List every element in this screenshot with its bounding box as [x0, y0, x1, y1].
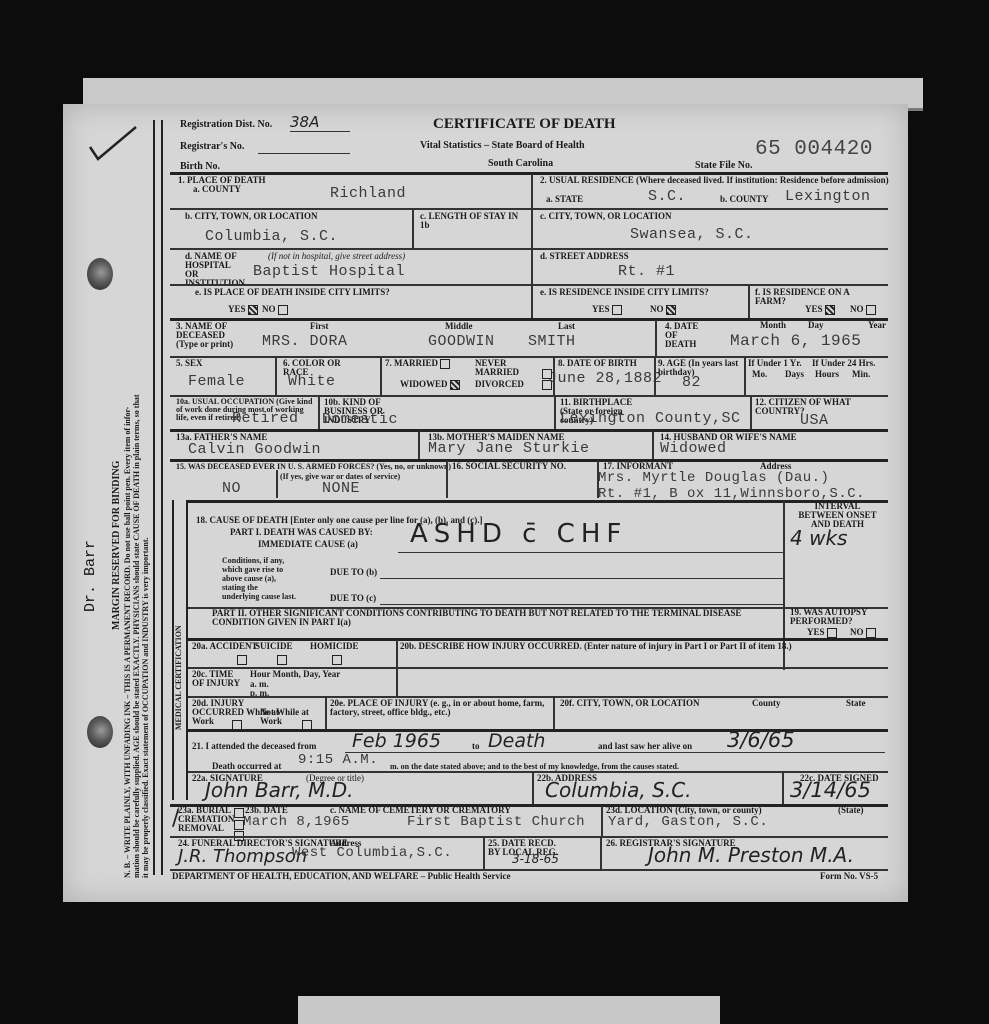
farm-no[interactable]: NO	[850, 305, 878, 315]
checkbox-checked[interactable]	[666, 305, 676, 315]
funeral-director-signature: J.R. Thompson	[178, 846, 307, 867]
divider	[398, 552, 783, 553]
occupation-value: Retired	[232, 410, 299, 427]
under-1-label: If Under 1 Yr.	[748, 359, 802, 368]
name-label: 3. NAME OF DECEASED (Type or print)	[176, 322, 246, 349]
inside-city-label: e. IS PLACE OF DEATH INSIDE CITY LIMITS?	[195, 288, 390, 297]
injury-city-label: 20f. CITY, TOWN, OR LOCATION	[560, 699, 699, 708]
hospital-name: Baptist Hospital	[253, 263, 405, 280]
injury-description-label: 20b. DESCRIBE HOW INJURY OCCURRED. (Ente…	[400, 642, 792, 651]
binding-hole-bottom	[87, 716, 113, 748]
date-of-death: March 6, 1965	[730, 332, 861, 350]
divider	[170, 248, 888, 250]
mother-name: Mary Jane Sturkie	[428, 440, 590, 457]
time-columns: Hour Month, Day, Year	[250, 670, 340, 679]
injury-county-label: County	[752, 699, 781, 708]
married-option[interactable]: 7. MARRIED	[385, 359, 452, 369]
burial-location: Yard, Gaston, S.C.	[608, 814, 768, 830]
residence-inside-city-label: e. IS RESIDENCE INSIDE CITY LIMITS?	[540, 288, 720, 297]
death-inside-city-yes[interactable]: YES	[228, 305, 260, 315]
checkbox[interactable]	[278, 305, 288, 315]
divider	[750, 396, 752, 429]
burial-label: 23a. BURIAL CREMATION REMOVAL	[178, 806, 238, 833]
state-file-number: 65 004420	[755, 138, 873, 161]
burial-state-label: (State)	[838, 806, 864, 815]
burial-date: March 8,1965	[243, 814, 350, 830]
divider	[652, 431, 654, 459]
month-label: Month	[760, 321, 786, 330]
autopsy-yes[interactable]: YES	[807, 628, 839, 638]
divider	[748, 285, 750, 320]
checkbox-checked[interactable]	[825, 305, 835, 315]
place-of-injury-label: 20e. PLACE OF INJURY (e. g., in or about…	[330, 699, 550, 717]
checkbox[interactable]	[440, 359, 450, 369]
state-file-label: State File No.	[695, 161, 753, 170]
checkbox-checked[interactable]	[450, 380, 460, 390]
attended-label: 21. I attended the deceased from	[192, 742, 316, 751]
armed-forces-label: 15. WAS DECEASED EVER IN U. S. ARMED FOR…	[176, 462, 456, 471]
age-value: 82	[682, 374, 701, 391]
business-value: Domestic	[322, 411, 398, 428]
accident-label: 20a. ACCIDENT	[192, 642, 258, 651]
residence-city: Swansea, S.C.	[630, 226, 754, 243]
death-inside-city-no[interactable]: NO	[262, 305, 290, 315]
divider	[380, 357, 382, 395]
margin-instructions-3: it may be properly classified. Exact sta…	[142, 537, 150, 878]
street-label: d. STREET ADDRESS	[540, 252, 629, 261]
spouse-name: Widowed	[660, 440, 727, 457]
residence-inside-city-yes[interactable]: YES	[592, 305, 624, 315]
homicide-label: HOMICIDE	[310, 642, 359, 651]
funeral-director-address: West Columbia,S.C.	[292, 845, 452, 861]
divider	[654, 357, 656, 395]
attended-to-label: to	[472, 742, 480, 751]
divider	[345, 752, 885, 753]
margin-instructions-2: mation should be carefully supplied. AGE…	[133, 394, 141, 878]
injury-state-label: State	[846, 699, 866, 708]
registration-dist-value: 38A	[290, 113, 350, 132]
divider	[318, 396, 320, 429]
divider	[483, 837, 485, 869]
last-name: SMITH	[528, 333, 576, 350]
middle-name: GOODWIN	[428, 333, 495, 350]
last-saw-date: 3/6/65	[727, 728, 795, 752]
cemetery-name: First Baptist Church	[407, 814, 585, 830]
death-occurred-tail: m. on the date stated above; and to the …	[390, 762, 679, 771]
dob-label: 8. DATE OF BIRTH	[558, 359, 637, 368]
divider	[412, 209, 414, 249]
autopsy-no[interactable]: NO	[850, 628, 878, 638]
physician-address: Columbia, S.C.	[545, 778, 692, 802]
divider	[325, 697, 327, 729]
attended-from: Feb 1965	[352, 730, 441, 752]
divider	[275, 357, 277, 395]
accident-checkbox[interactable]	[237, 655, 247, 665]
due-to-b-label: DUE TO (b)	[330, 568, 377, 577]
form-number: Form No. VS-5	[820, 872, 878, 881]
part-2-label: PART II. OTHER SIGNIFICANT CONDITIONS CO…	[212, 609, 772, 627]
registrar-no-label: Registrar's No.	[180, 142, 244, 151]
margin-note: Dr. Barr	[86, 540, 96, 612]
first-label: First	[310, 322, 329, 331]
mo-label: Mo.	[752, 370, 767, 379]
divider	[553, 697, 555, 729]
time-of-injury-label: 20c. TIME OF INJURY	[192, 670, 242, 688]
date-of-birth: June 28,1882	[548, 370, 662, 387]
margin-reserved: MARGIN RESERVED FOR BINDING	[112, 461, 122, 630]
father-name: Calvin Goodwin	[188, 441, 321, 458]
death-occurred-label: Death occurred at	[212, 762, 281, 771]
next-page-edge	[298, 996, 720, 1024]
divider	[446, 461, 448, 498]
divorced-label: DIVORCED	[475, 380, 524, 389]
farm-yes[interactable]: YES	[805, 305, 837, 315]
birthplace-value: Lexington County,SC	[560, 410, 741, 427]
part-1-label: PART I. DEATH WAS CAUSED BY:	[230, 528, 373, 537]
checkbox[interactable]	[612, 305, 622, 315]
divider	[276, 470, 278, 498]
immediate-cause-value: ASHD c̄ CHF	[410, 519, 627, 549]
residence-county: Lexington	[785, 188, 871, 205]
checkbox[interactable]	[866, 628, 876, 638]
length-of-stay-label: c. LENGTH OF STAY IN 1b	[420, 212, 525, 230]
divider	[554, 396, 556, 429]
footer-department: DEPARTMENT OF HEALTH, EDUCATION, AND WEL…	[172, 872, 510, 881]
divider	[380, 578, 783, 579]
divider	[170, 208, 888, 210]
homicide-checkbox[interactable]	[332, 655, 342, 665]
registrar-signature: John M. Preston M.A.	[648, 843, 854, 867]
checkbox[interactable]	[866, 305, 876, 315]
divider	[380, 604, 783, 605]
binding-hole-top	[87, 258, 113, 290]
county-label: a. COUNTY	[193, 185, 241, 194]
date-signed: 3/14/65	[790, 778, 871, 802]
attended-to: Death	[488, 730, 545, 752]
residence-inside-city-no[interactable]: NO	[650, 305, 678, 315]
hospital-label: d. NAME OF HOSPITAL OR INSTITUTION	[185, 252, 245, 288]
certificate-subtitle: Vital Statistics – State Board of Health	[420, 140, 585, 151]
hours-label: Hours	[815, 370, 839, 379]
residence-state-label: a. STATE	[546, 195, 583, 204]
suicide-label: SUICIDE	[255, 642, 293, 651]
due-to-c-label: DUE TO (c)	[330, 594, 376, 603]
days-label: Days	[785, 370, 804, 379]
registrar-no-line	[258, 153, 350, 154]
residence-street: Rt. #1	[618, 263, 675, 280]
divider	[744, 357, 746, 395]
registration-dist-label: Registration Dist. No.	[180, 120, 272, 129]
death-city: Columbia, S.C.	[205, 228, 338, 245]
checkbox[interactable]	[827, 628, 837, 638]
divider	[782, 772, 784, 804]
death-county: Richland	[330, 185, 406, 202]
sex-value: Female	[188, 373, 245, 390]
widowed-option[interactable]: WIDOWED	[400, 380, 462, 390]
divider	[186, 500, 188, 800]
year-label: Year	[868, 321, 886, 330]
checkbox-checked[interactable]	[248, 305, 258, 315]
residence-label: 2. USUAL RESIDENCE (Where deceased lived…	[540, 176, 890, 185]
death-time: 9:15 A.M.	[298, 752, 378, 768]
city-label: b. CITY, TOWN, OR LOCATION	[185, 212, 317, 221]
autopsy-label: 19. WAS AUTOPSY PERFORMED?	[790, 608, 880, 626]
date-of-death-label: 4. DATE OF DEATH	[665, 322, 705, 349]
divider	[418, 431, 420, 459]
interval-label: INTERVAL BETWEEN ONSET AND DEATH	[795, 502, 880, 529]
last-saw-label: and last saw her alive on	[598, 742, 692, 751]
residence-county-label: b. COUNTY	[720, 195, 769, 204]
day-label: Day	[808, 321, 824, 330]
suicide-checkbox[interactable]	[277, 655, 287, 665]
first-name: MRS. DORA	[262, 333, 348, 350]
divider	[655, 320, 657, 356]
residence-state: S.C.	[648, 188, 686, 205]
min-label: Min.	[852, 370, 870, 379]
physician-signature: John Barr, M.D.	[205, 778, 354, 802]
ssn-label: 16. SOCIAL SECURITY NO.	[452, 462, 566, 471]
armed-forces-value: NO	[222, 480, 241, 497]
interval-value: 4 wks	[790, 526, 847, 550]
margin-rule	[153, 120, 163, 875]
war-value: NONE	[322, 480, 360, 497]
hospital-hint: (If not in hospital, give street address…	[268, 252, 405, 261]
race-value: White	[288, 373, 336, 390]
birth-no-label: Birth No.	[180, 162, 220, 171]
last-label: Last	[558, 322, 575, 331]
citizen-value: USA	[800, 412, 829, 429]
under-24-label: If Under 24 Hrs.	[812, 359, 875, 368]
certificate-title: CERTIFICATE OF DEATH	[433, 116, 616, 133]
residence-city-label: c. CITY, TOWN, OR LOCATION	[540, 212, 671, 221]
divider	[531, 174, 533, 320]
divider	[170, 284, 888, 286]
burial-mark: /	[172, 806, 179, 831]
conditions-label: Conditions, if any, which gave rise to a…	[222, 556, 297, 601]
informant-name: Mrs. Myrtle Douglas (Dau.)	[598, 470, 829, 486]
sex-label: 5. SEX	[176, 359, 203, 368]
divider	[600, 837, 602, 869]
middle-label: Middle	[445, 322, 473, 331]
margin-instructions-1: N. B. – WRITE PLAINLY, WITH UNFADING INK…	[124, 118, 132, 878]
divider	[532, 772, 534, 804]
state-name: South Carolina	[488, 158, 553, 169]
divider	[601, 806, 603, 836]
date-received: 3-18-65	[512, 852, 559, 866]
immediate-cause-label: IMMEDIATE CAUSE (a)	[258, 540, 358, 549]
never-married-label: NEVER MARRIED	[475, 359, 535, 377]
